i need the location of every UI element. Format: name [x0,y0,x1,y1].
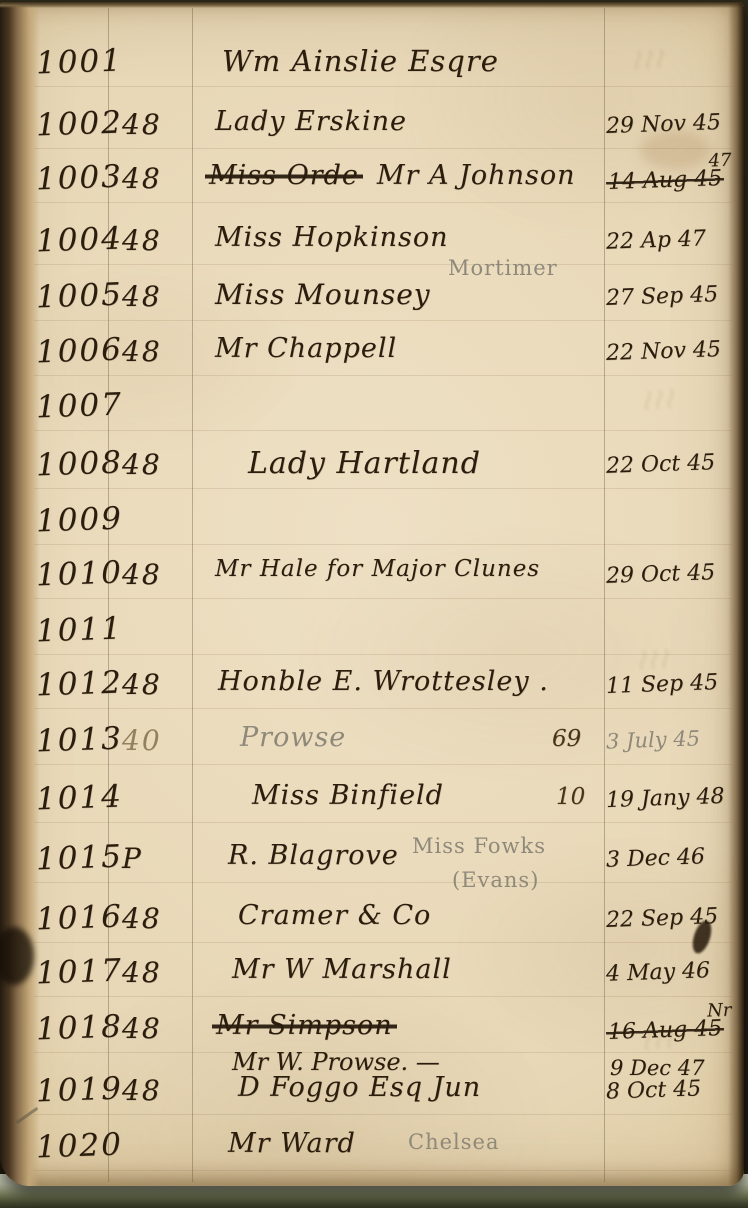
entry-date: 8 Oct 45 [606,1076,702,1104]
entry-date: 11 Sep 45 [606,670,719,699]
entry-date: 27 Sep 45 [606,282,719,311]
ledger-row: 100448Miss HopkinsonMortimer22 Ap 47 [0,214,744,270]
fee-value: 48 [122,448,162,481]
entry-name: Miss Hopkinson [215,222,449,253]
ledger-row: 101648Cramer & Co22 Sep 45 [0,892,744,948]
entry-number: 1016 [35,898,123,937]
ledger-row: 1020Mr WardChelsea [0,1120,744,1176]
fee-value: 48 [122,1012,162,1045]
name-cell: Mr Simpson [212,1010,397,1041]
entry-number: 1009 [35,500,123,539]
entry-name: Mr Hale for Major Clunes [215,556,540,582]
ledger-row: 100248Lady Erskine29 Nov 45 [0,98,744,154]
entry-name: Prowse [240,722,346,753]
entry-name: Mr A Johnson [377,160,576,191]
fee-value: P [122,842,143,875]
entry-name: Mr Ward [228,1128,356,1159]
entry-number: 1010 [35,554,123,593]
ledger-row: 1015PR. BlagroveMiss Fowks(Evans)3 Dec 4… [0,832,744,888]
entry-number: 1005 [35,276,123,315]
ledger-row: 101048Mr Hale for Major Clunes29 Oct 45 [0,548,744,604]
fee-value: 48 [122,668,162,701]
entry-name: Miss Binfield [252,780,444,811]
entry-date: 3 Dec 46 [606,844,706,872]
entry-date: 22 Ap 47 [606,226,707,254]
entry-date: 4 May 46 [606,958,711,987]
pencil-annotation: Miss Fowks [412,834,546,858]
fee-value: 40 [122,724,162,757]
entry-number: 1002 [35,104,123,143]
fee-value: 48 [122,902,162,935]
ledger-row: 101848Mr SimpsonMr W. Prowse. —16 Aug 45… [0,1002,744,1058]
date-correction: 47 [708,150,732,172]
ledger-row: 101340Prowse693 July 45 [0,714,744,770]
pencil-annotation: (Evans) [452,868,539,892]
ledger-row: 101748Mr W Marshall4 May 46 [0,946,744,1002]
struck-name: Mr Simpson [212,1010,397,1041]
entry-number: 1003 [35,158,123,197]
margin-number: 10 [556,784,585,810]
ledger-row: 100548Miss Mounsey27 Sep 45 [0,270,744,326]
ledger-row: 101948D Foggo Esq Jun8 Oct 45 [0,1064,744,1120]
struck-name: Miss Orde [205,160,363,191]
ledger-row: 100648Mr Chappell22 Nov 45 [0,325,744,381]
fee-value: 48 [122,335,162,368]
entry-number: 1011 [35,610,123,649]
ledger-row: 1011 [0,604,744,660]
entry-name: Honble E. Wrottesley . [218,666,549,697]
ledger-page: 1001Wm Ainslie Esqre100248Lady Erskine29… [0,2,744,1186]
entry-number: 1008 [35,444,123,483]
date-cell: 16 Aug 45Nr [606,1016,725,1045]
entry-number: 1015 [35,838,123,877]
entry-date: 22 Nov 45 [606,337,722,366]
entry-number: 1018 [35,1008,123,1047]
ledger-row: 101248Honble E. Wrottesley .11 Sep 45 [0,658,744,714]
fee-value: 48 [122,956,162,989]
margin-number: 69 [552,726,581,752]
entry-name: Mr W Marshall [232,954,452,985]
entry-date: 19 Jany 48 [606,784,725,813]
entry-date: 29 Oct 45 [606,560,716,589]
entry-number: 1019 [35,1070,123,1109]
entry-date: 29 Nov 45 [606,110,722,139]
entry-number: 1012 [35,664,123,703]
fee-value: 48 [122,558,162,591]
ledger-row: 100848Lady Hartland22 Oct 45 [0,438,744,494]
entry-number: 1013 [35,720,123,759]
name-cell: Miss OrdeMr A Johnson [205,160,575,191]
fee-value: 48 [122,224,162,257]
pencil-annotation: Chelsea [408,1130,499,1154]
ledger-row: 1001Wm Ainslie Esqre [0,36,744,92]
ledger-row: 1007 [0,380,744,436]
entry-number: 1014 [35,778,123,817]
entry-name: Lady Erskine [215,106,407,137]
date-cell: 14 Aug 4547 [606,166,725,195]
date-correction: Nr [707,1000,732,1022]
entry-name: Cramer & Co [238,900,431,931]
entry-number: 1007 [35,386,123,425]
entry-name: Miss Mounsey [215,278,431,311]
entry-date: 22 Oct 45 [606,450,716,479]
fee-value: 48 [122,162,162,195]
entry-name: D Foggo Esq Jun [238,1072,481,1103]
fee-value: 48 [122,1074,162,1107]
entry-name: Mr Chappell [215,333,397,364]
entry-number: 1020 [35,1126,123,1165]
fee-value: 48 [122,108,162,141]
entry-number: 1017 [35,952,123,991]
entry-name: Lady Hartland [248,446,481,481]
ledger-row: 100348Miss OrdeMr A Johnson14 Aug 4547 [0,152,744,208]
entry-number: 1001 [35,42,123,81]
entry-number: 1004 [35,220,123,259]
entry-name: Wm Ainslie Esqre [222,44,499,78]
ledger-row: 1009 [0,494,744,550]
scanned-ledger-scene: 1001Wm Ainslie Esqre100248Lady Erskine29… [0,0,748,1208]
ledger-row: 1014Miss Binfield1019 Jany 48 [0,772,744,828]
entry-date: 3 July 45 [606,726,701,753]
entry-number: 1006 [35,331,123,370]
page-top-edge [0,2,744,8]
fee-value: 48 [122,280,162,313]
struck-date: 14 Aug 45 [606,166,725,195]
entry-date: 22 Sep 45 [606,904,719,933]
entry-name: R. Blagrove [228,840,399,871]
